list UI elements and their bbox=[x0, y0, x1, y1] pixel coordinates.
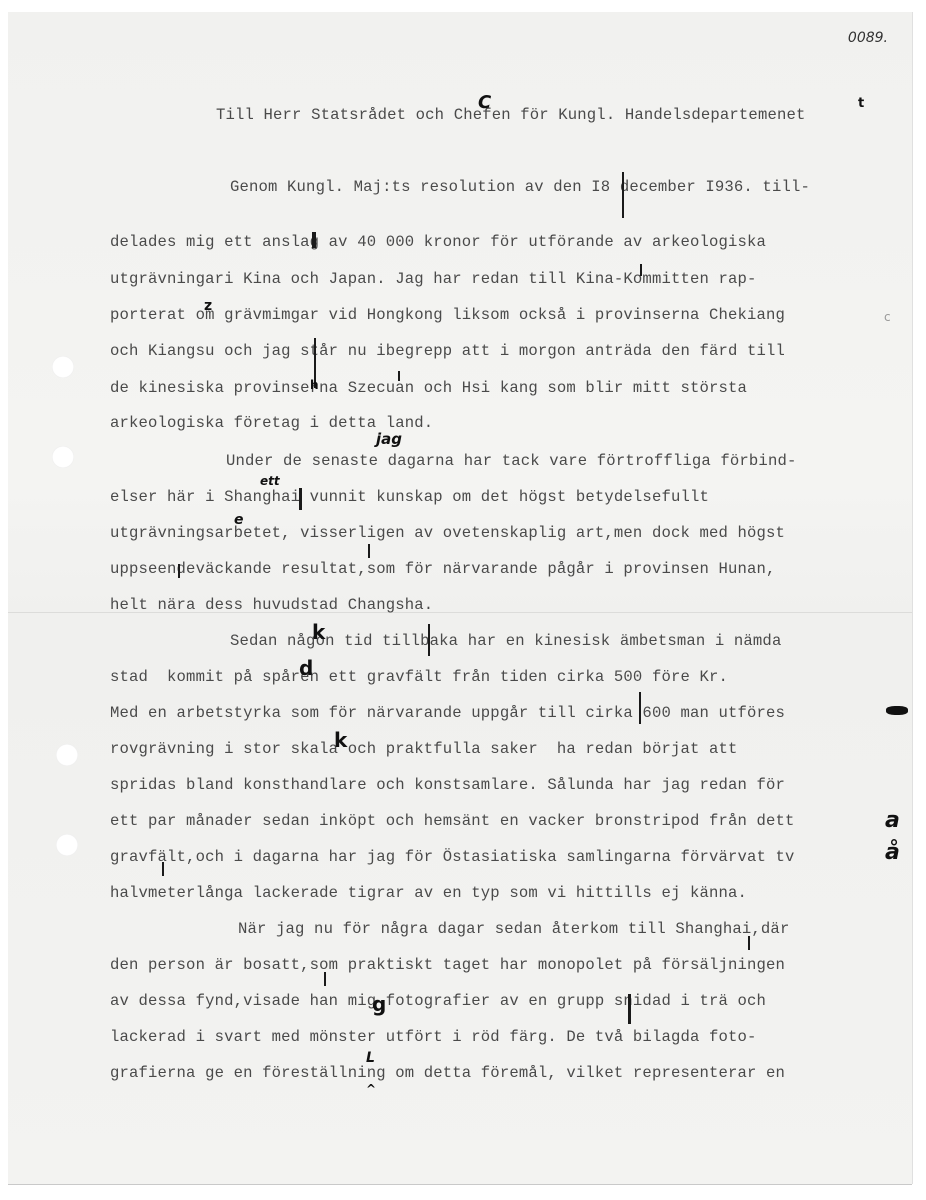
text-line: av dessa fynd,visade han mig fotografier… bbox=[110, 992, 766, 1010]
correction-stroke bbox=[368, 544, 370, 558]
handwritten-correction: t bbox=[858, 96, 864, 111]
handwritten-correction: L bbox=[366, 1050, 375, 1066]
handwritten-correction: d bbox=[299, 656, 313, 680]
text-line: Under de senaste dagarna har tack vare f… bbox=[226, 452, 796, 470]
text-line: de kinesiska provinserna Szecuan och Hsi… bbox=[110, 379, 747, 397]
handwritten-correction: g bbox=[372, 992, 386, 1016]
text-line: den person är bosatt,som praktiskt taget… bbox=[110, 956, 785, 974]
correction-stroke bbox=[622, 172, 624, 218]
text-line: halvmeterlånga lackerade tigrar av en ty… bbox=[110, 884, 747, 902]
handwritten-correction: ^ bbox=[366, 1082, 376, 1096]
correction-stroke bbox=[312, 232, 316, 248]
handwritten-correction: k bbox=[334, 728, 347, 752]
text-line: och Kiangsu och jag står nu ibegrepp att… bbox=[110, 342, 785, 360]
handwritten-correction: a bbox=[885, 808, 900, 833]
handwritten-correction: å bbox=[885, 840, 900, 865]
handwritten-correction: e bbox=[234, 512, 244, 528]
ink-blot bbox=[886, 706, 908, 715]
punch-hole bbox=[52, 446, 74, 468]
handwritten-correction: jag bbox=[376, 430, 402, 448]
handwritten-correction: C bbox=[478, 92, 491, 113]
text-line: grafierna ge en föreställning om detta f… bbox=[110, 1064, 785, 1082]
text-line: utgrävningsarbetet, visserligen av ovete… bbox=[110, 524, 785, 542]
text-line: Med en arbetstyrka som för närvarande up… bbox=[110, 704, 785, 722]
text-line: Genom Kungl. Maj:ts resolution av den I8… bbox=[230, 178, 810, 196]
archive-number: 0089. bbox=[848, 30, 888, 46]
margin-mark: c bbox=[884, 310, 891, 324]
text-line: helt nära dess huvudstad Changsha. bbox=[110, 596, 433, 614]
correction-stroke bbox=[178, 564, 180, 578]
text-line: ett par månader sedan inköpt och hemsänt… bbox=[110, 812, 795, 830]
text-line: lackerad i svart med mönster utfört i rö… bbox=[110, 1028, 757, 1046]
text-line: delades mig ett anslag av 40 000 kronor … bbox=[110, 233, 766, 251]
handwritten-correction: k bbox=[312, 620, 325, 644]
punch-hole bbox=[52, 356, 74, 378]
text-line: spridas bland konsthandlare och konstsam… bbox=[110, 776, 785, 794]
text-line: stad kommit på spåren ett gravfält från … bbox=[110, 668, 728, 686]
correction-stroke bbox=[398, 371, 400, 381]
handwritten-correction: ett bbox=[260, 474, 280, 488]
correction-stroke bbox=[628, 994, 631, 1024]
text-line: uppseendeväckande resultat,som för närva… bbox=[110, 560, 776, 578]
text-line: elser här i Shanghai vunnit kunskap om d… bbox=[110, 488, 709, 506]
text-line: När jag nu för några dagar sedan återkom… bbox=[238, 920, 789, 938]
punch-hole bbox=[56, 744, 78, 766]
correction-stroke bbox=[299, 488, 302, 510]
correction-stroke bbox=[428, 624, 430, 656]
correction-stroke bbox=[748, 936, 750, 950]
document-heading: Till Herr Statsrådet och Chefen för Kung… bbox=[216, 106, 805, 124]
correction-stroke bbox=[639, 692, 641, 724]
handwritten-correction: h bbox=[310, 378, 319, 392]
correction-stroke bbox=[640, 264, 642, 276]
text-line: gravfält,och i dagarna har jag för Östas… bbox=[110, 848, 795, 866]
correction-stroke bbox=[324, 972, 326, 986]
punch-hole bbox=[56, 834, 78, 856]
text-line: rovgrävning i stor skala och praktfulla … bbox=[110, 740, 738, 758]
document-page: 0089. Till Herr Statsrådet och Chefen fö… bbox=[8, 12, 912, 1184]
handwritten-correction: z bbox=[204, 298, 212, 314]
correction-stroke bbox=[162, 862, 164, 876]
text-line: utgrävningari Kina och Japan. Jag har re… bbox=[110, 270, 757, 288]
